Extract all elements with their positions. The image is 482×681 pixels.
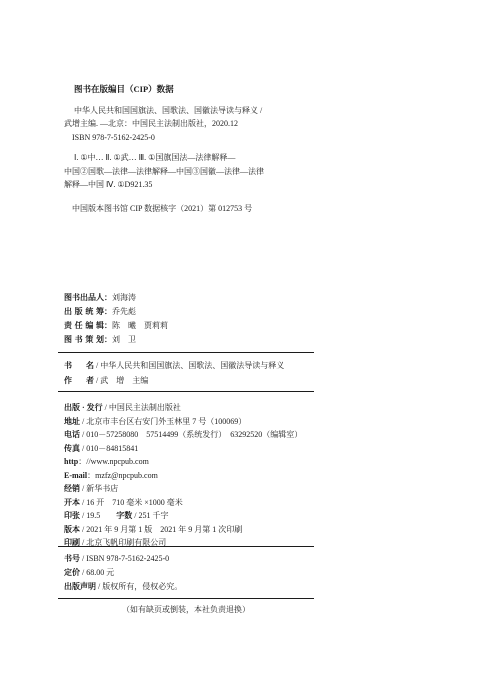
copyright-label: 出版声明 [64,582,96,591]
planner-name: 刘 卫 [112,335,136,344]
isbn-label: 书号 [64,554,80,563]
price-label: 定价 [64,568,80,577]
phone-row: 电话 / 010－57258080 57514499（系统发行） 6329252… [64,428,302,442]
format-label: 开本 [64,498,80,507]
website-row: http：//www.npcpub.com [64,455,302,469]
divider-1 [58,352,314,353]
coordinator-row: 出版统筹：乔先彪 [64,305,168,319]
coordinator-name: 乔先彪 [112,307,136,316]
format-value: 16 开 710 毫米 ×1000 毫米 [86,498,183,507]
producer-name: 刘海涛 [112,293,136,302]
sheets-label: 印张 [64,511,80,520]
price-value: 68.00 元 [86,568,114,577]
fax-row: 传真 / 010－84815841 [64,442,302,456]
producer-label: 图书出品人 [64,291,104,305]
book-title-row: 书名 / 中华人民共和国国旗法、国歌法、国徽法导读与释义 [64,358,284,373]
distributor-row: 经销 / 新华书店 [64,482,302,496]
divider-2 [58,391,314,392]
staff-block: 图书出品人：刘海涛 出版统筹：乔先彪 责任编辑：陈 曦 贾莉莉 图书策划：刘 卫 [64,291,168,347]
wordcount-label: 字数 [116,511,132,520]
divider-4 [58,598,314,599]
price-row: 定价 / 68.00 元 [64,566,182,580]
cip-block: 图书在版编目（CIP）数据 中华人民共和国国旗法、国歌法、国徽法导读与释义 / … [64,83,264,215]
price-block: 书号 / ISBN 978-7-5162-2425-0 定价 / 68.00 元… [64,552,182,594]
edition-label: 版本 [64,525,80,534]
address-row: 地址 / 北京市丰台区右安门外玉林里 7 号（100069） [64,415,302,429]
title-block: 书名 / 中华人民共和国国旗法、国歌法、国徽法导读与释义 作者 / 武 增 主编 [64,358,284,388]
cip-desc-line-1: 中华人民共和国国旗法、国歌法、国徽法导读与释义 / [74,104,264,118]
email-label: E-mail [64,471,87,480]
cip-header: 图书在版编目（CIP）数据 [74,83,264,97]
edition-value: 2021 年 9 月第 1 版 2021 年 9 月第 1 次印刷 [86,525,242,534]
divider-3 [58,546,314,547]
phone-label: 电话 [64,430,80,439]
book-title-label: 书名 [64,358,94,373]
printer-row: 印刷 / 北京飞帆印刷有限公司 [64,536,302,550]
distributor-label: 经销 [64,484,80,493]
cip-class-line-3: 解释—中国 Ⅳ. ①D921.35 [64,178,264,192]
website-url: //www.npcpub.com [86,457,149,466]
producer-row: 图书出品人：刘海涛 [64,291,168,305]
separator: ： [87,471,95,480]
publisher-label: 出版 · 发行 [64,403,103,412]
colon: ： [104,321,112,330]
sheets-wordcount-row: 印张 / 19.5字数 / 251 千字 [64,509,302,523]
email-address: mzfz@npcpub.com [95,471,158,480]
copyright-notice-row: 出版声明 / 版权所有，侵权必究。 [64,580,182,594]
copyright-page: 图书在版编目（CIP）数据 中华人民共和国国旗法、国歌法、国徽法导读与释义 / … [0,0,482,681]
editor-label: 责任编辑 [64,319,104,333]
colon: ： [104,293,112,302]
fax-number: 010－84815841 [86,444,138,453]
isbn-row: 书号 / ISBN 978-7-5162-2425-0 [64,552,182,566]
publisher-name: 中国民主法制出版社 [109,403,181,412]
website-label: http [64,457,78,466]
planner-label: 图书策划 [64,333,104,347]
publisher-block: 出版 · 发行 / 中国民主法制出版社 地址 / 北京市丰台区右安门外玉林里 7… [64,401,302,550]
coordinator-label: 出版统筹 [64,305,104,319]
colon: ： [104,307,112,316]
planner-row: 图书策划：刘 卫 [64,333,168,347]
copyright-value: 版权所有，侵权必究。 [102,582,182,591]
colon: ： [104,335,112,344]
cip-class-line-2: 中国②国歌—法律—法律解释—中国③国徽—法律—法律 [64,165,264,179]
fax-label: 传真 [64,444,80,453]
exchange-note: （如有缺页或倒装，本社负责退换） [58,604,314,615]
cip-isbn-line: ISBN 978-7-5162-2425-0 [72,131,264,145]
cip-record-number: 中国版本图书馆 CIP 数据核字（2021）第 012753 号 [72,202,264,216]
author-label: 作者 [64,373,94,388]
author-row: 作者 / 武 增 主编 [64,373,284,388]
edition-row: 版本 / 2021 年 9 月第 1 版 2021 年 9 月第 1 次印刷 [64,523,302,537]
editor-names: 陈 曦 贾莉莉 [112,321,168,330]
publisher-row: 出版 · 发行 / 中国民主法制出版社 [64,401,302,415]
isbn-value: ISBN 978-7-5162-2425-0 [86,554,169,563]
distributor-name: 新华书店 [86,484,118,493]
book-title: 中华人民共和国国旗法、国歌法、国徽法导读与释义 [100,361,284,370]
address-label: 地址 [64,417,80,426]
phone-numbers: 010－57258080 57514499（系统发行） 63292520（编辑室… [86,430,302,439]
cip-class-line-1: Ⅰ. ①中… Ⅱ. ①武… Ⅲ. ①国旗国法—法律解释— [74,151,264,165]
editor-row: 责任编辑：陈 曦 贾莉莉 [64,319,168,333]
format-row: 开本 / 16 开 710 毫米 ×1000 毫米 [64,496,302,510]
author-name: 武 增 主编 [100,376,148,385]
cip-desc-line-2: 武增主编. —北京：中国民主法制出版社，2020.12 [64,117,264,131]
wordcount-value: 251 千字 [138,511,168,520]
address-value: 北京市丰台区右安门外玉林里 7 号（100069） [86,417,246,426]
sheets-value: 19.5 [86,511,100,520]
email-row: E-mail：mzfz@npcpub.com [64,469,302,483]
